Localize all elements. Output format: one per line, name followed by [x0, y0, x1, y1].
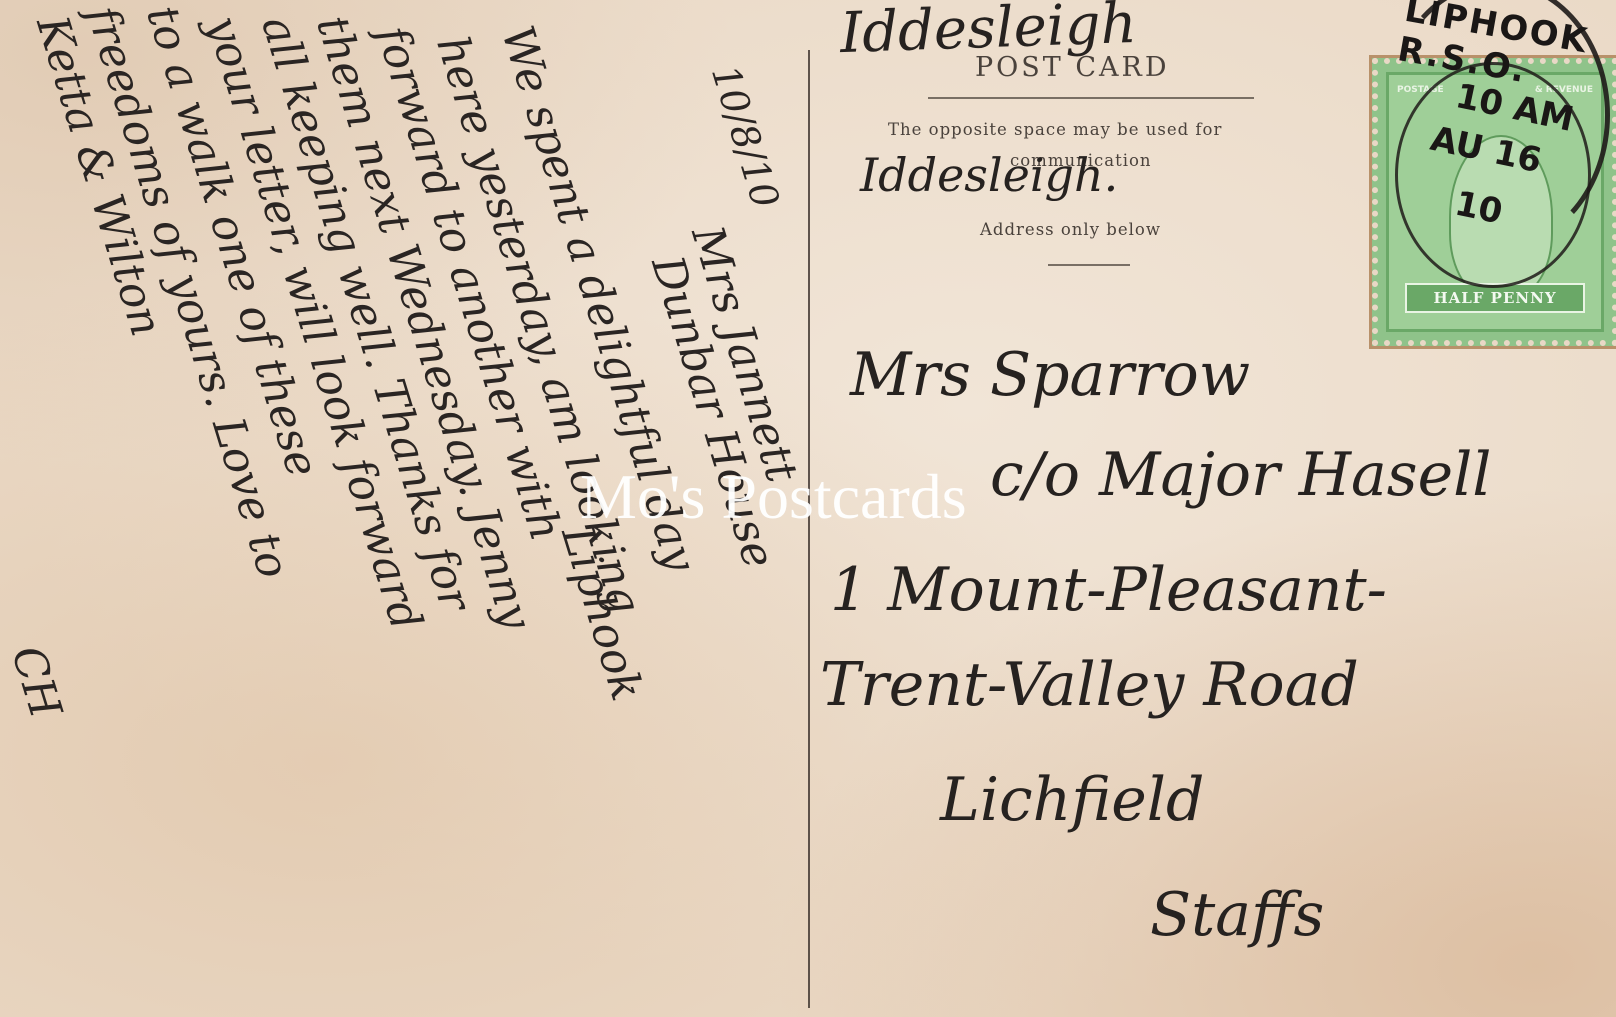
address-line-1: Mrs Sparrow: [850, 340, 1250, 410]
address-line-4: Trent-Valley Road: [820, 650, 1359, 720]
postcard-back: 10/8/10 Mrs Jannett Dunbar House Liphook…: [0, 0, 1616, 1017]
address-line-3: 1 Mount-Pleasant-: [830, 555, 1387, 625]
address-line-6: Staffs: [1150, 880, 1324, 950]
watermark: Mo's Postcards: [580, 460, 967, 534]
postcard-title: POST CARD: [975, 52, 1170, 83]
address-note: Address only below: [980, 220, 1161, 239]
message-date: 10/8/10: [703, 60, 788, 213]
address-line-2: c/o Major Hasell: [990, 440, 1491, 510]
communication-note-line1: The opposite space may be used for: [888, 120, 1222, 139]
title-rule: [928, 97, 1254, 99]
address-rule: [1048, 264, 1130, 266]
address-line-5: Lichfield: [940, 765, 1204, 835]
handwritten-place-mid: Iddesleigh.: [860, 148, 1118, 202]
message-signature: CH: [1, 640, 71, 724]
